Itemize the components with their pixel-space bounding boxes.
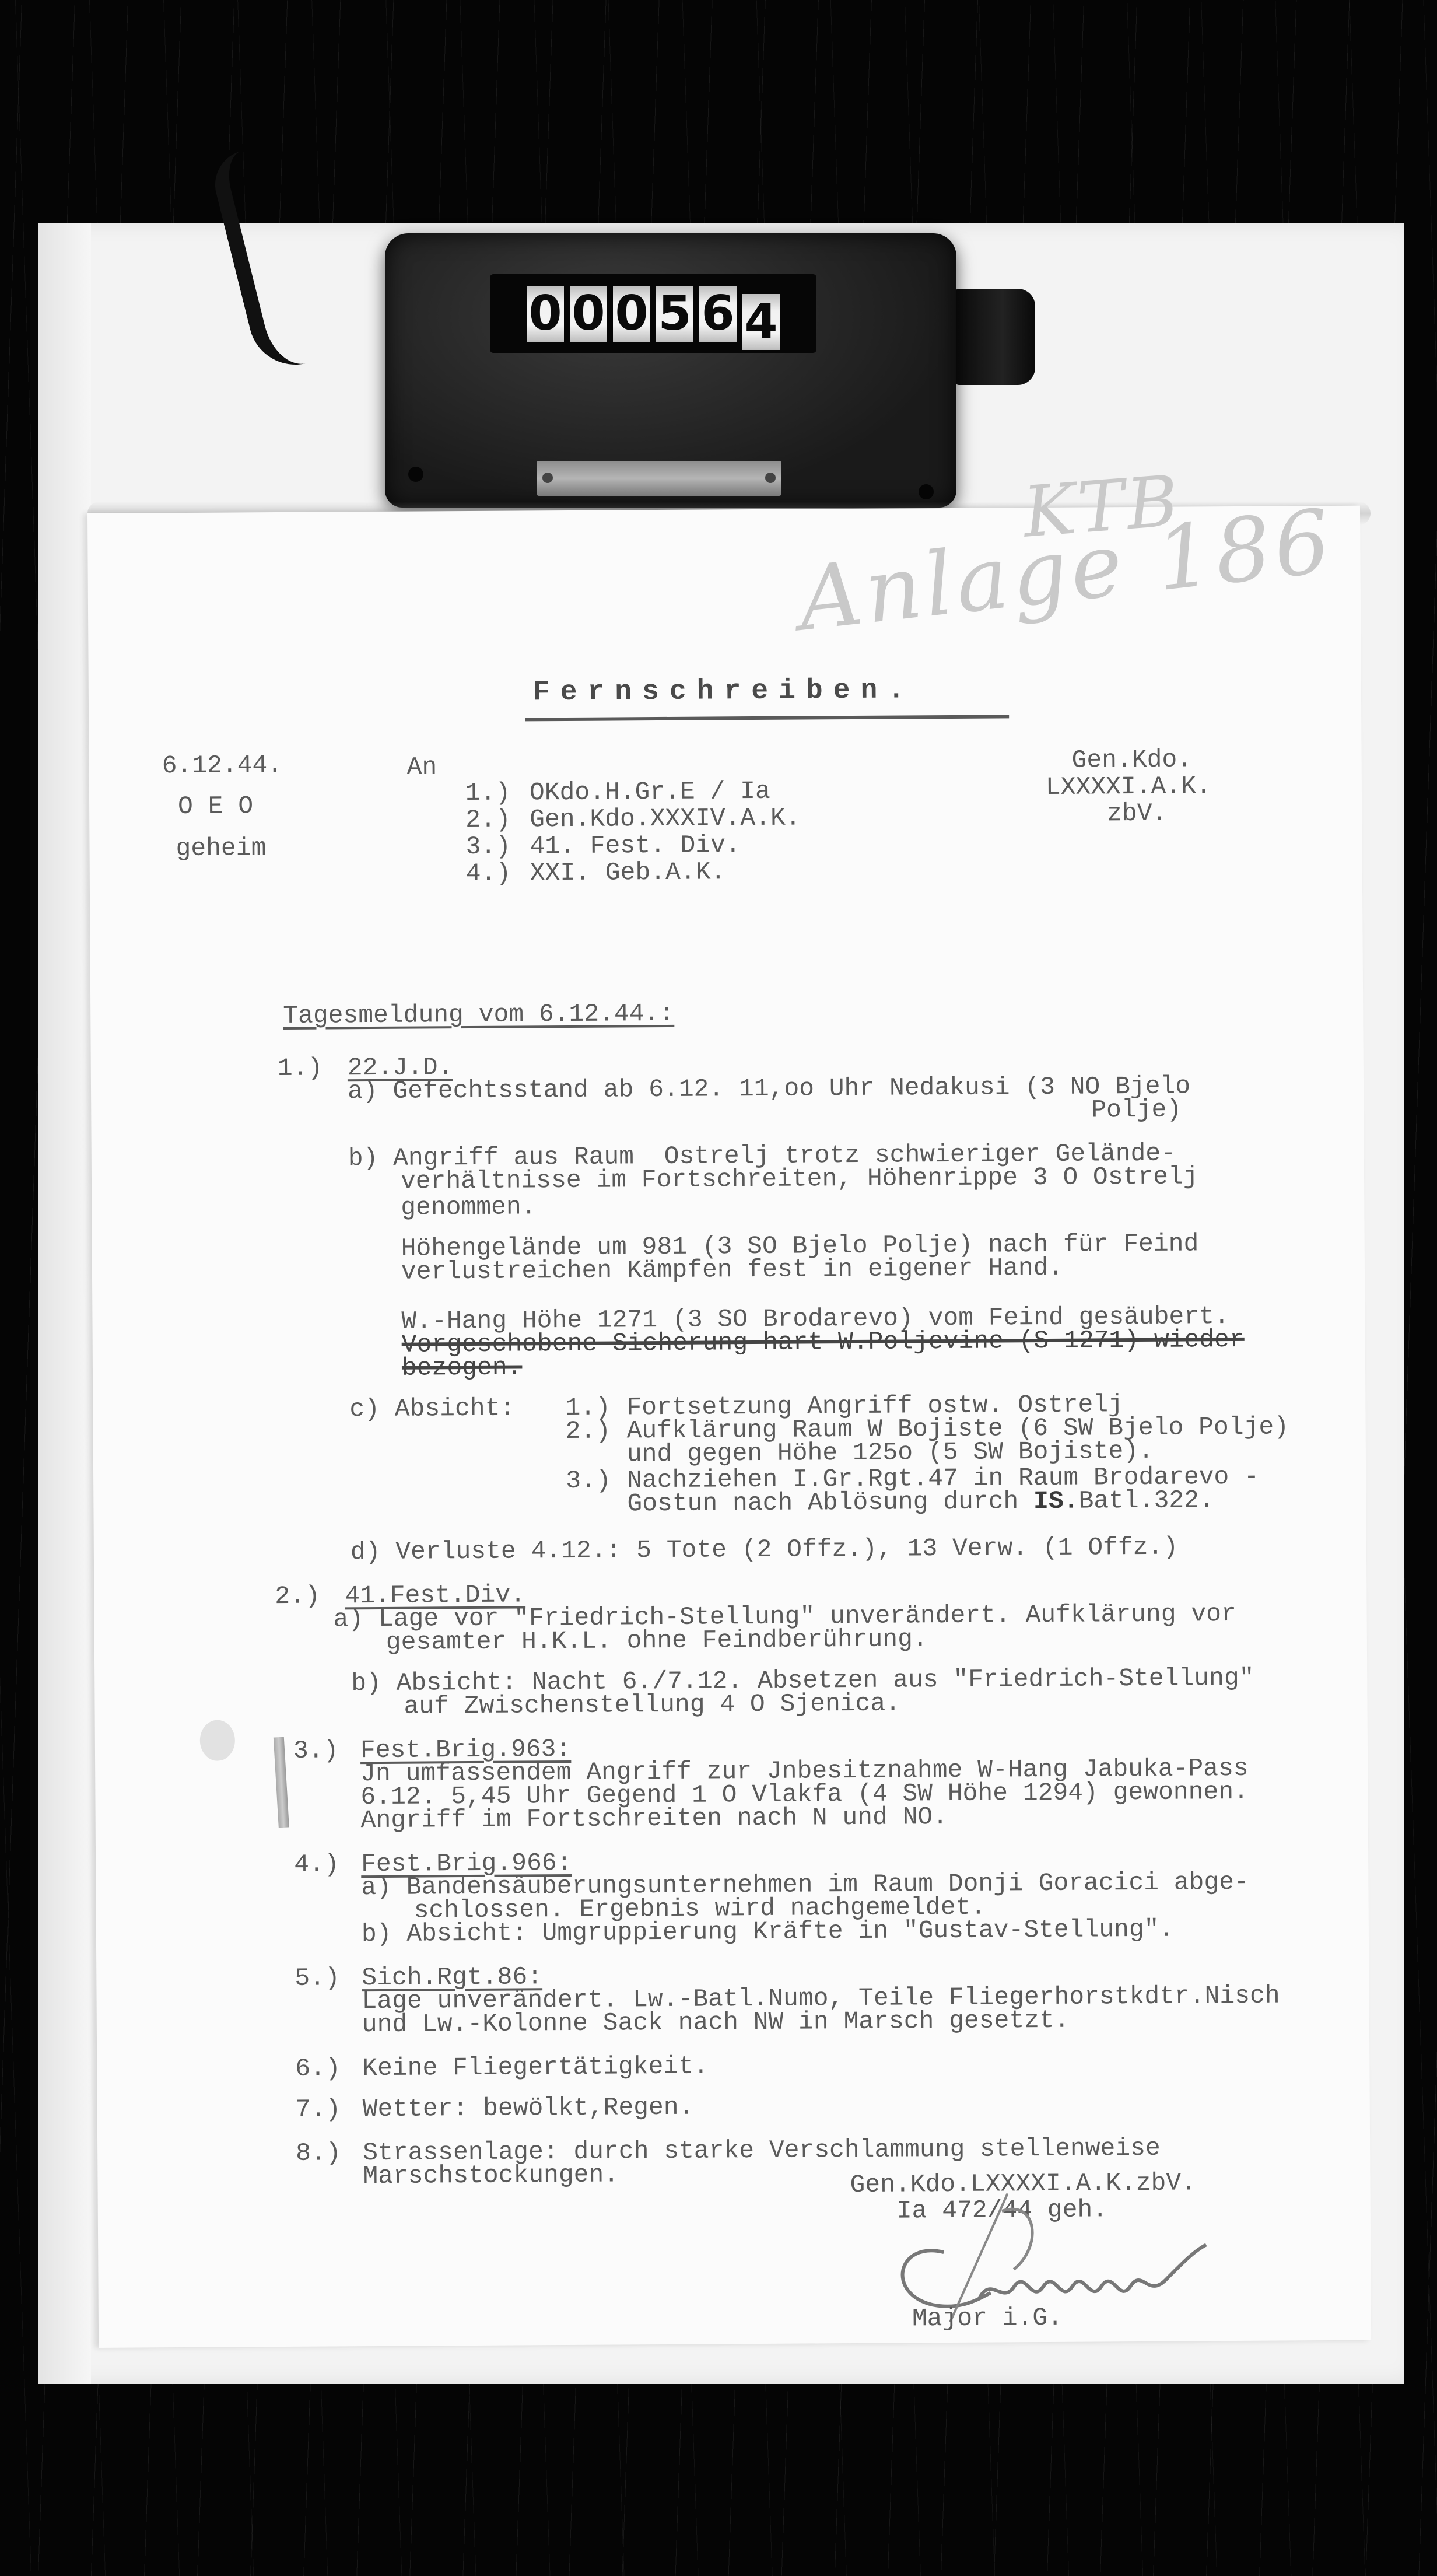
- recipient-name: OKdo.H.Gr.E / Ia: [530, 778, 770, 807]
- counter-nameplate: [537, 461, 781, 496]
- section-number: 7.): [296, 2095, 341, 2123]
- report-line: b) Absicht: Umgruppierung Kräfte in "Gus…: [362, 1916, 1175, 1949]
- report-line: Keine Fliegertätigkeit.: [362, 2053, 709, 2083]
- report-heading: Tagesmeldung vom 6.12.44.:: [283, 1000, 674, 1030]
- report-line: und Lw.-Kolonne Sack nach NW in Marsch g…: [362, 2007, 1070, 2039]
- section-number: 4.): [294, 1850, 339, 1878]
- frame-counter-device: 0 0 0 5 6 4: [385, 233, 956, 508]
- screw-hole-icon: [408, 467, 423, 482]
- teletype-document: KTB Anlage 186 Fernschreiben. 6.12.44. O…: [87, 506, 1371, 2348]
- counter-digit: 0: [527, 286, 564, 342]
- report-line: d) Verluste 4.12.: 5 Tote (2 Offz.), 13 …: [351, 1534, 1179, 1567]
- paper-smudge: [200, 1720, 235, 1760]
- report-line: Gostun nach Ablösung durch IS.Batl.322.: [627, 1486, 1214, 1518]
- signature-icon: [862, 2186, 1236, 2323]
- counter-digit: 5: [656, 286, 693, 342]
- recipient-number: 1.): [465, 779, 511, 807]
- report-line: a) Gefechtsstand ab 6.12. 11,oo Uhr Neda…: [348, 1072, 1190, 1105]
- sender-line: zbV.: [1107, 800, 1168, 828]
- sender-line: LXXXXI.A.K.: [1046, 772, 1211, 801]
- recipient-number: 2.): [465, 806, 511, 834]
- recipient-number: 4.): [466, 860, 511, 888]
- report-line: Angriff im Fortschreiten nach N und NO.: [361, 1803, 948, 1835]
- report-text: Batl.322.: [1078, 1486, 1214, 1515]
- sheet-edge: [38, 223, 91, 2384]
- screw-hole-icon: [919, 484, 934, 499]
- report-line: Polje): [1091, 1096, 1182, 1125]
- counter-digit: 4: [742, 294, 780, 350]
- section-number: 3.): [293, 1737, 339, 1765]
- report-line: verhältnisse im Fortschreiten, Höhenripp…: [401, 1163, 1198, 1195]
- document-date: 6.12.44.: [162, 751, 283, 780]
- report-text: Gostun nach Ablösung durch: [627, 1487, 1033, 1518]
- struck-line: bezogen.: [402, 1353, 523, 1382]
- section-number: 1.): [278, 1055, 323, 1083]
- signatory-rank: Major i.G.: [912, 2304, 1063, 2333]
- recipient-name: 41. Fest. Div.: [530, 831, 741, 860]
- section-number: 6.): [295, 2054, 341, 2082]
- counter-display: 0 0 0 5 6 4: [490, 274, 816, 353]
- item-number: 3.): [566, 1467, 611, 1495]
- report-line: Wetter: bewölkt,Regen.: [363, 2094, 694, 2123]
- section-number: 8.): [296, 2139, 341, 2167]
- report-line: gesamter H.K.L. ohne Feindberührung.: [386, 1625, 928, 1657]
- sender-line: Gen.Kdo.: [1071, 745, 1192, 774]
- classification: geheim: [176, 834, 266, 863]
- recipient-name: XXI. Geb.A.K.: [530, 858, 726, 887]
- section-number: 5.): [295, 1964, 340, 1992]
- recipient-name: Gen.Kdo.XXXIV.A.K.: [530, 804, 801, 834]
- report-line: c) Absicht:: [349, 1395, 515, 1424]
- addressee-label: An: [407, 753, 437, 781]
- item-number: 2.): [565, 1417, 611, 1445]
- counter-digit: 6: [699, 286, 737, 342]
- document-title: Fernschreiben.: [533, 674, 916, 708]
- title-underline: [525, 715, 1009, 721]
- handwritten-correction: IS.: [1033, 1487, 1079, 1515]
- report-line: verlustreichen Kämpfen fest in eigener H…: [401, 1254, 1064, 1286]
- counter-digit: 0: [613, 286, 650, 342]
- report-line: genommen.: [401, 1193, 537, 1221]
- margin-mark: [274, 1737, 289, 1828]
- report-line: Marschstockungen.: [363, 2161, 619, 2190]
- report-line: auf Zwischenstellung 4 O Sjenica.: [404, 1690, 900, 1721]
- section-number: 2.): [275, 1583, 320, 1611]
- counter-digit: 0: [570, 286, 607, 342]
- routing-code: O E O: [178, 792, 253, 821]
- struck-line: Vorgeschobene Sicherung hart W.Poljevine…: [402, 1326, 1245, 1359]
- counter-knob: [954, 289, 1035, 385]
- recipient-number: 3.): [465, 833, 511, 861]
